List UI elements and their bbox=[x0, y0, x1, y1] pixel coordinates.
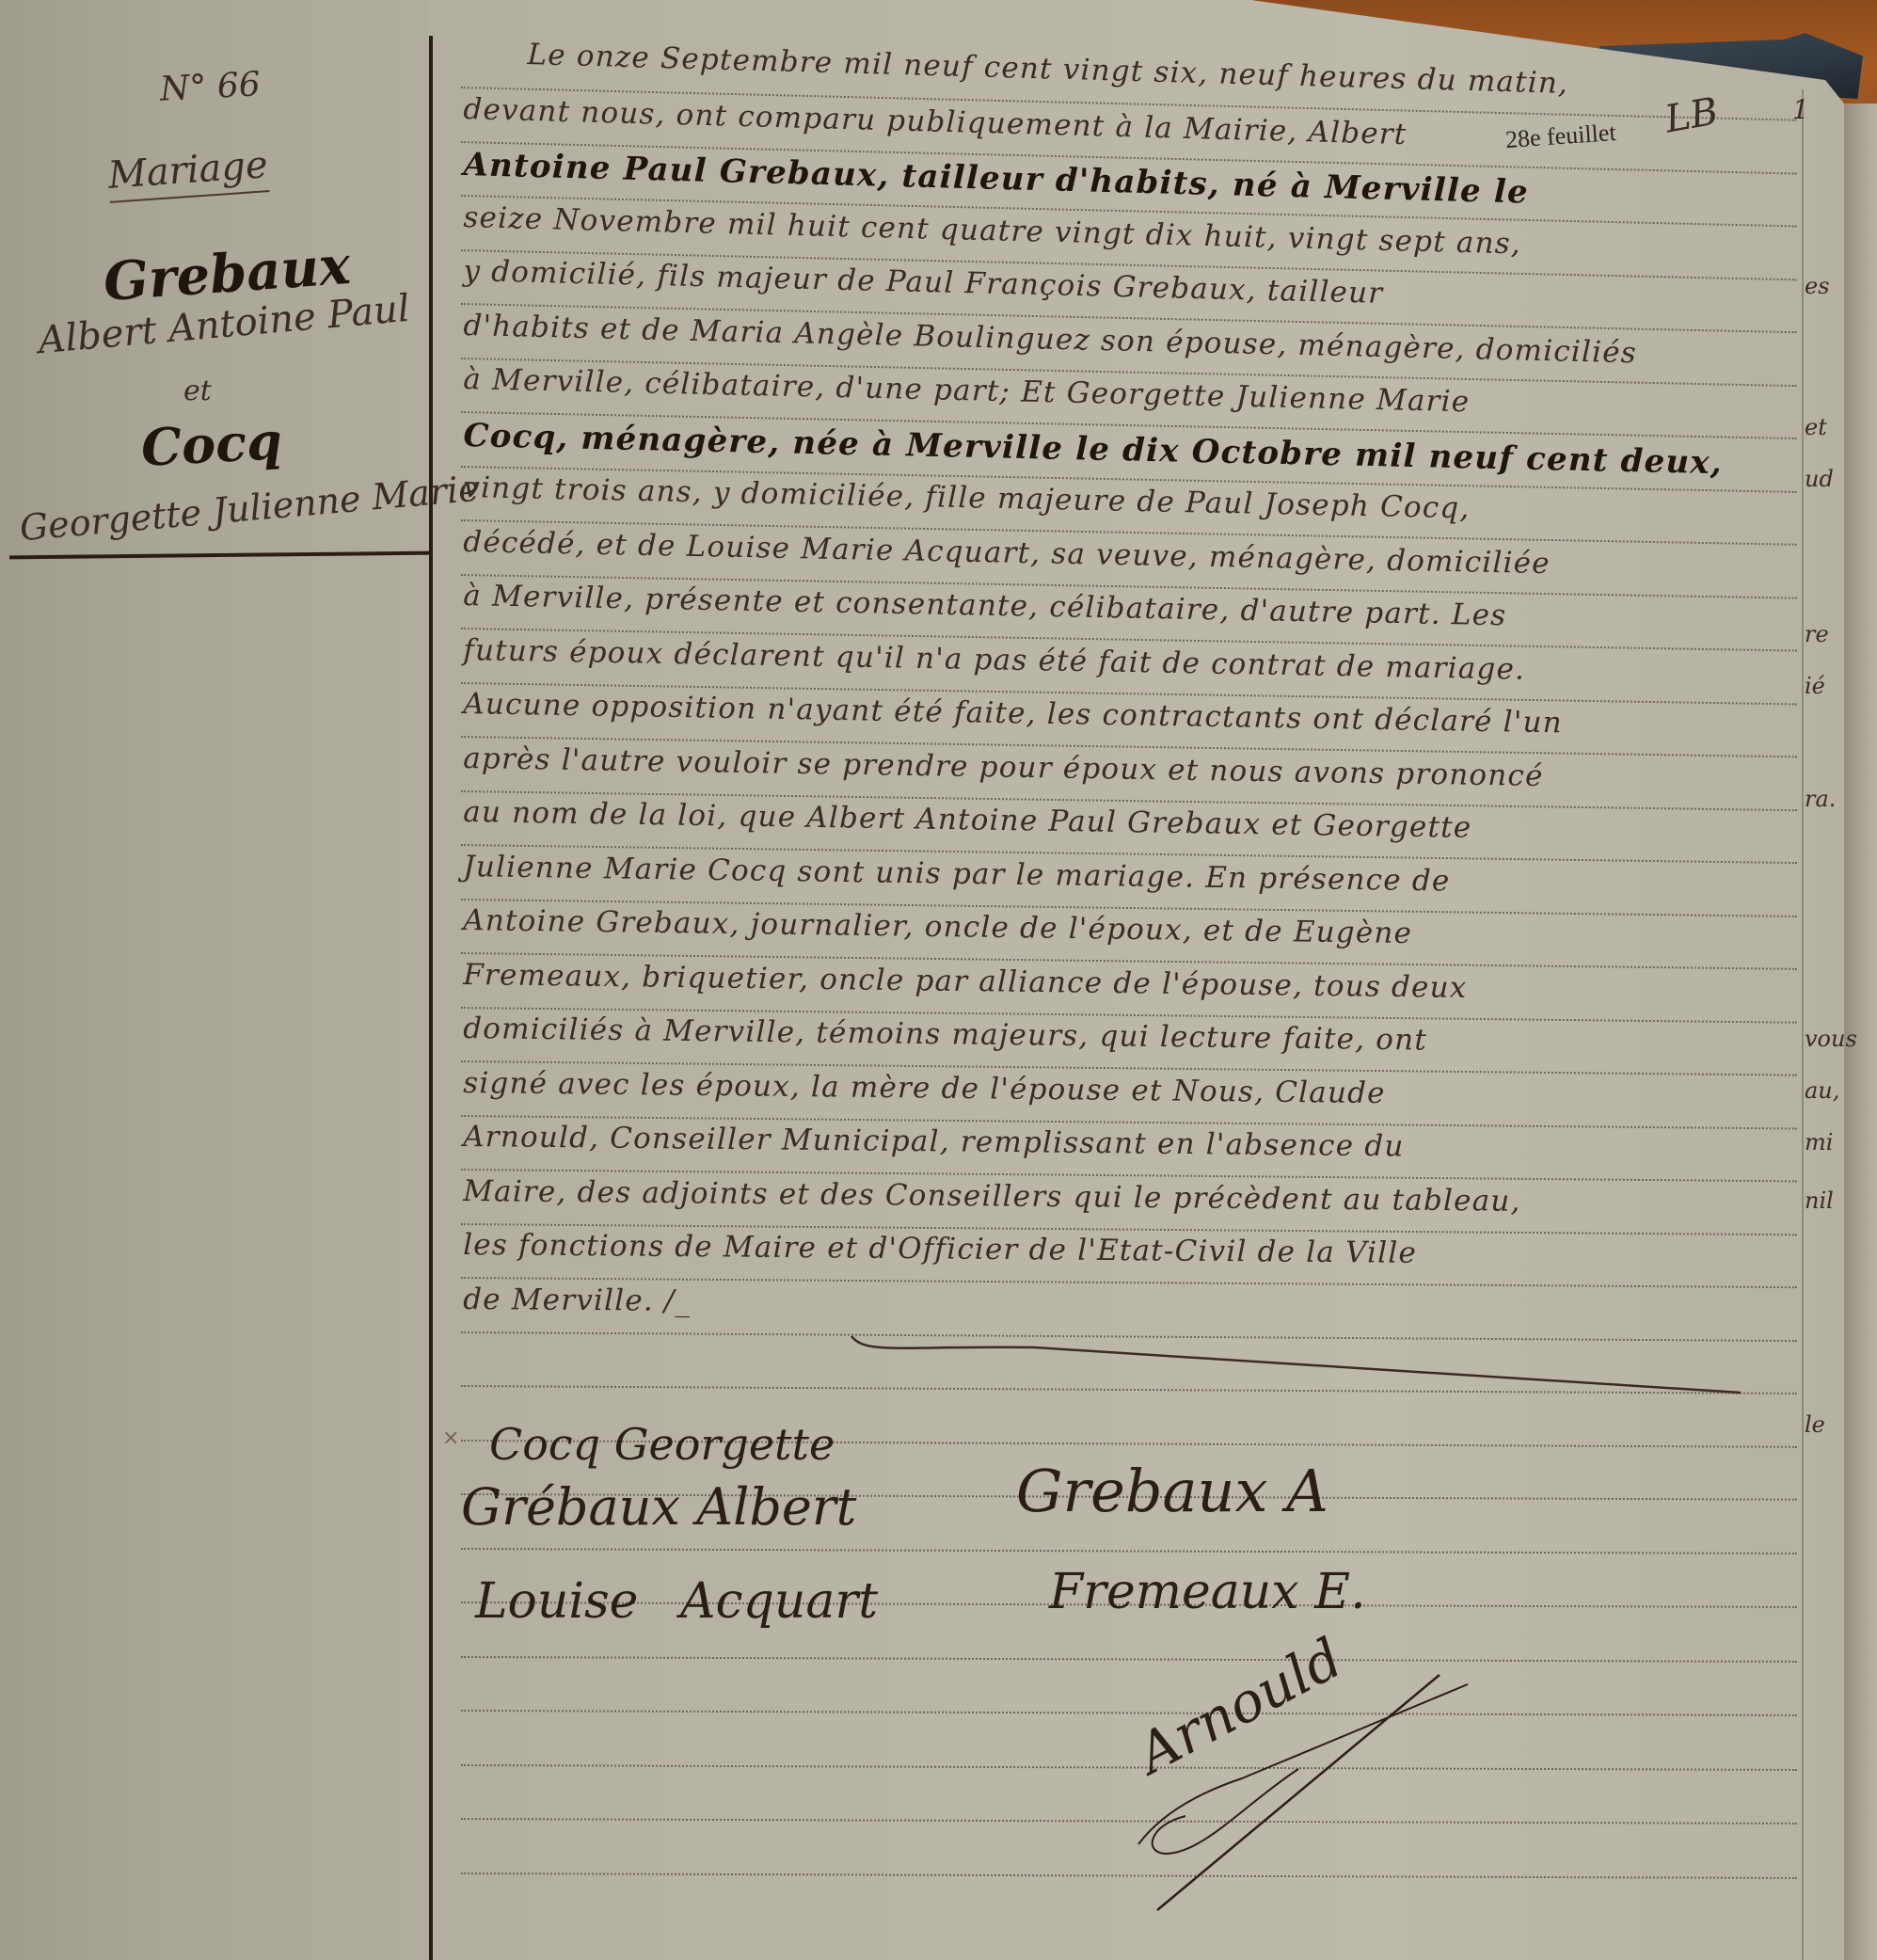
signature-witness-1: Grebaux A bbox=[1016, 1457, 1328, 1525]
adjacent-page-fragment: au, bbox=[1805, 1077, 1839, 1104]
officer-signature-flourish bbox=[1129, 1665, 1505, 1960]
signature-groom: Grébaux Albert bbox=[461, 1477, 856, 1537]
x-mark: × bbox=[442, 1426, 459, 1450]
adjacent-page-fragment: le bbox=[1805, 1411, 1825, 1438]
adjacent-page-fragment: ud bbox=[1805, 466, 1834, 492]
margin-vertical-rule bbox=[429, 36, 433, 1960]
adjacent-page-fragment: es bbox=[1805, 273, 1830, 299]
adjacent-page-fragment: et bbox=[1805, 414, 1827, 440]
signature-witness-2: Fremeaux E. bbox=[1049, 1564, 1366, 1620]
signature-mother: Louise Acquart bbox=[475, 1573, 878, 1630]
closing-flourish-line bbox=[847, 1327, 1788, 1402]
act-number: N° 66 bbox=[159, 65, 262, 109]
adjacent-page-fragment: ra. bbox=[1805, 786, 1836, 812]
body-line: de Merville. /_ bbox=[463, 1283, 691, 1318]
adjacent-page-fragment: ié bbox=[1805, 673, 1825, 699]
page-right-edge-line bbox=[1802, 89, 1804, 1960]
bride-surname: Cocq bbox=[139, 410, 283, 478]
corner-mark: 1 bbox=[1792, 94, 1809, 125]
conjunction: et bbox=[183, 374, 212, 407]
adjacent-page-fragment: mi bbox=[1805, 1129, 1833, 1155]
adjacent-page-fragment: re bbox=[1805, 621, 1829, 647]
sheet-initials: LB bbox=[1662, 89, 1721, 141]
adjacent-page-fragment: vous bbox=[1805, 1026, 1857, 1052]
signature-bride: Cocq Georgette bbox=[489, 1419, 835, 1470]
adjacent-page-fragment: nil bbox=[1805, 1187, 1834, 1214]
